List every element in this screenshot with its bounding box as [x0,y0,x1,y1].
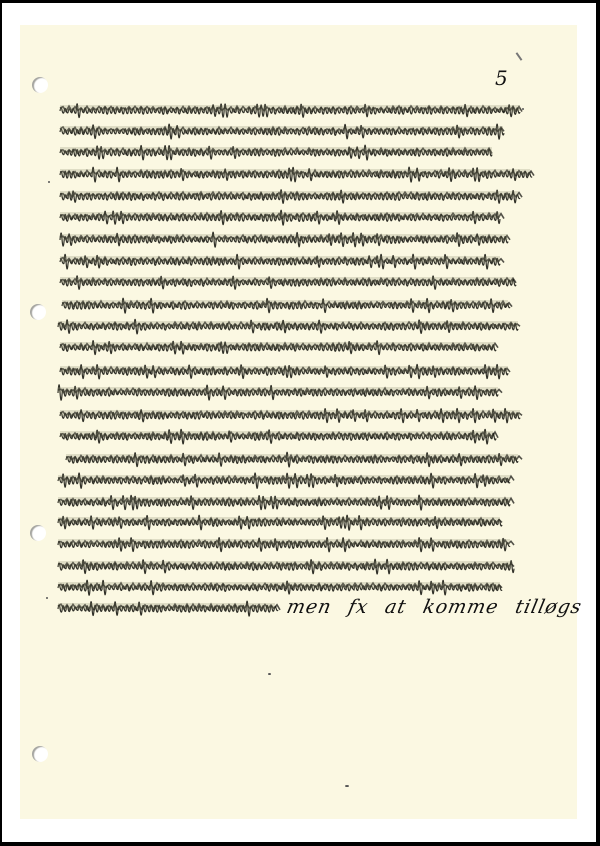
redacted-line [58,515,502,530]
redacted-line [60,167,534,182]
redacted-line [60,104,522,118]
redacted-line [60,124,504,139]
redacted-line [62,298,512,313]
redacted-line [60,341,498,355]
redacted-line [60,145,492,160]
speck [48,181,50,183]
redacted-line [58,538,514,552]
redacted-line [60,408,522,422]
redacted-line [58,385,502,400]
redacted-line [66,452,522,467]
redacted-line [58,559,514,574]
redacted-line [58,319,520,334]
speck [46,597,48,599]
redacted-text-lines [0,0,600,846]
redacted-line [60,190,522,204]
redacted-line [58,473,514,488]
redacted-line [58,495,514,510]
redacted-line [58,601,280,616]
redacted-line [60,429,498,444]
redacted-line [60,254,504,269]
speck [522,108,524,110]
redacted-line [58,580,502,595]
speck [268,673,271,675]
handwritten-visible-text: men fx at komme tilløgs [285,596,585,618]
speck [345,785,349,787]
redacted-line [60,364,510,378]
redacted-line [60,210,504,225]
redacted-line [60,232,510,247]
redacted-line [60,276,516,289]
